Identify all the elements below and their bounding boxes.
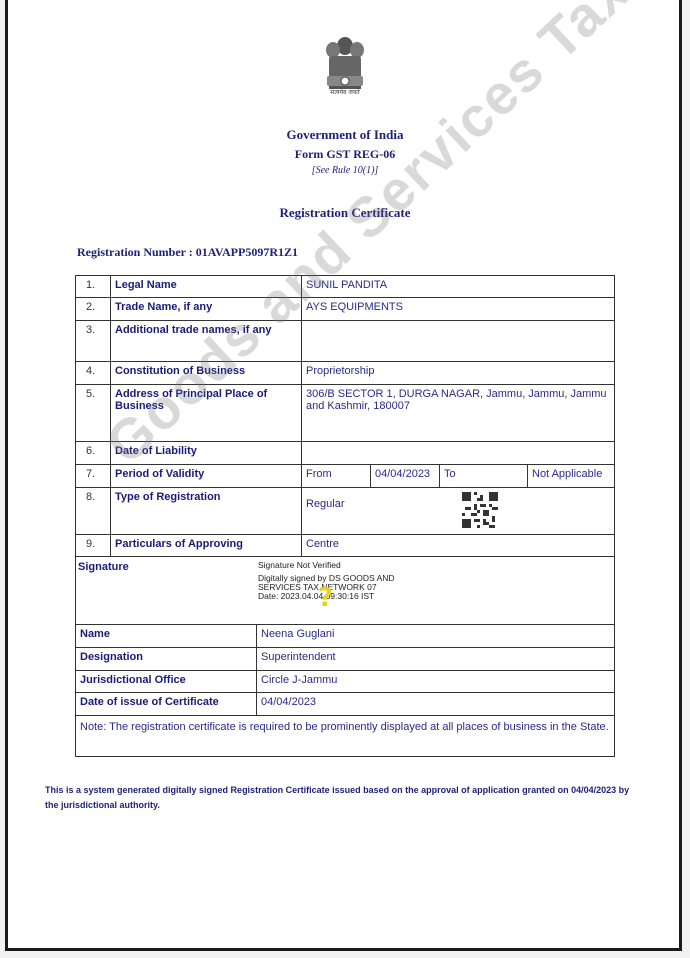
trade-name-value: AYS EQUIPMENTS (301, 297, 615, 321)
row-number: 2. (75, 297, 111, 321)
validity-from-value: 04/04/2023 (370, 464, 440, 488)
form-heading: Form GST REG-06 (0, 147, 690, 162)
issue-date-value: 04/04/2023 (256, 692, 615, 716)
jurisdictional-office-value: Circle J-Jammu (256, 670, 615, 693)
registration-number-label: Registration Number : (77, 245, 196, 259)
officer-name-value: Neena Guglani (256, 624, 615, 648)
row-label: Constitution of Business (110, 361, 302, 385)
date-of-liability-value (301, 441, 615, 465)
row-number: 1. (75, 275, 111, 298)
legal-name-value: SUNIL PANDITA (301, 275, 615, 298)
row-label: Additional trade names, if any (110, 320, 302, 362)
row-number: 5. (75, 384, 111, 442)
address-value: 306/B SECTOR 1, DURGA NAGAR, Jammu, Jamm… (301, 384, 615, 442)
row-label: Period of Validity (110, 464, 302, 488)
row-number: 3. (75, 320, 111, 362)
validity-to-label: To (439, 464, 528, 488)
validity-to-value: Not Applicable (527, 464, 615, 488)
registration-type-value: Regular (301, 487, 615, 535)
signature-label: Signature (78, 561, 129, 573)
footer-statement: This is a system generated digitally sig… (45, 783, 645, 813)
row-label: Type of Registration (110, 487, 302, 535)
row-label: Particulars of Approving (110, 534, 302, 557)
row-label: Trade Name, if any (110, 297, 302, 321)
registration-number-value: 01AVAPP5097R1Z1 (196, 245, 298, 259)
row-label: Legal Name (110, 275, 302, 298)
row-number: 4. (75, 361, 111, 385)
row-number: 6. (75, 441, 111, 465)
officer-label: Name (75, 624, 257, 648)
officer-label: Jurisdictional Office (75, 670, 257, 693)
note-text: Note: The registration certificate is re… (75, 715, 615, 757)
designation-value: Superintendent (256, 647, 615, 671)
signature-date: Date: 2023.04.04 09:30:16 IST (258, 592, 374, 601)
validity-from-label: From (301, 464, 371, 488)
officer-label: Designation (75, 647, 257, 671)
signature-status: Signature Not Verified (258, 561, 341, 570)
row-number: 9. (75, 534, 111, 557)
motto: सत्यमेव जयते (0, 88, 690, 96)
row-label: Date of Liability (110, 441, 302, 465)
certificate-title: Registration Certificate (0, 205, 690, 221)
officer-label: Date of issue of Certificate (75, 692, 257, 716)
constitution-value: Proprietorship (301, 361, 615, 385)
approving-authority-value: Centre (301, 534, 615, 557)
qr-code-icon (462, 492, 498, 528)
row-number: 8. (75, 487, 111, 535)
registration-number: Registration Number : 01AVAPP5097R1Z1 (77, 245, 298, 260)
row-label: Address of Principal Place of Business (110, 384, 302, 442)
row-number: 7. (75, 464, 111, 488)
additional-trade-names-value (301, 320, 615, 362)
rule-reference: [See Rule 10(1)] (0, 165, 690, 176)
question-mark-icon: ? (318, 583, 333, 613)
government-heading: Government of India (0, 127, 690, 143)
